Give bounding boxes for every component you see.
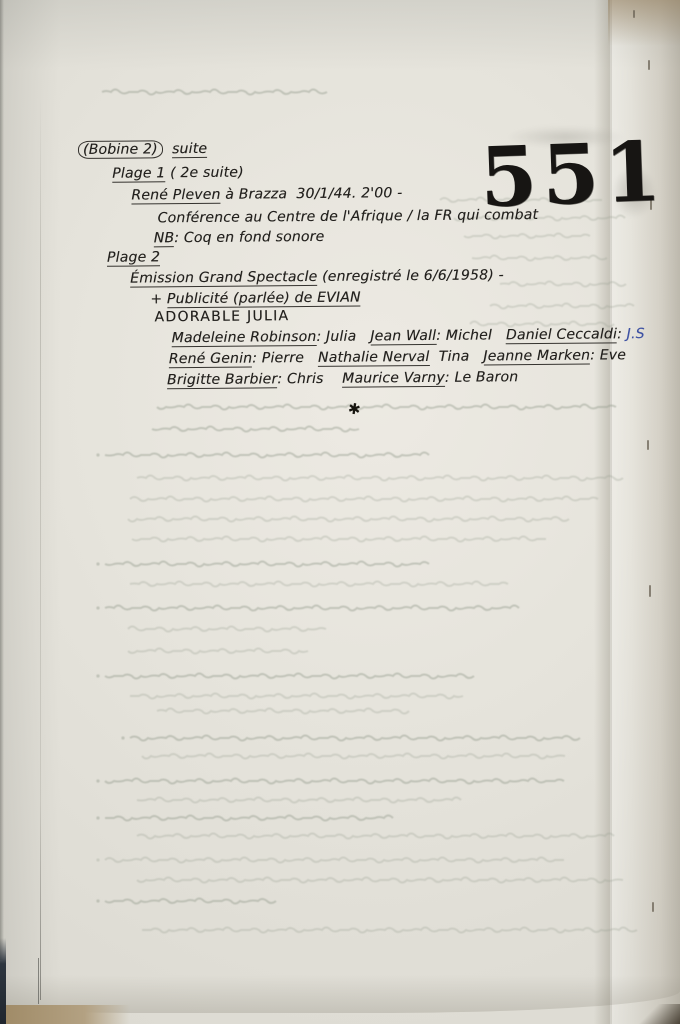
handwritten-text: + bbox=[150, 291, 167, 307]
handwritten-text: : Michel bbox=[436, 327, 506, 344]
handwritten-u-text: Émission Grand Spectacle bbox=[130, 269, 317, 288]
handwritten-u-text: Maurice Varny bbox=[342, 370, 445, 388]
handwritten-u-text: Plage 1 bbox=[112, 165, 165, 182]
handwritten-blue-text: J.S bbox=[627, 326, 645, 342]
handwritten-text: : Julia bbox=[316, 328, 370, 344]
handwritten-text: : Coq en fond sonore bbox=[174, 229, 324, 246]
handwritten-u-text: Madeleine Robinson bbox=[172, 329, 317, 347]
handwritten-line: ADORABLE JULIA bbox=[154, 307, 289, 326]
handwritten-u-text: suite bbox=[172, 141, 207, 158]
handwritten-caps-text: ADORABLE JULIA bbox=[154, 308, 289, 325]
star-mark: ✱ bbox=[347, 399, 362, 419]
handwritten-u-text: NB bbox=[154, 230, 175, 247]
handwritten-box-text: (Bobine 2) bbox=[78, 140, 163, 159]
handwritten-line: Conférence au Centre de l'Afrique / la F… bbox=[158, 206, 539, 227]
handwritten-line: Madeleine Robinson: Julia Jean Wall: Mic… bbox=[172, 325, 645, 347]
handwritten-text: à Brazza 30/1/44. 2'00 - bbox=[221, 185, 403, 203]
handwritten-u-text: René Pleven bbox=[131, 187, 220, 205]
handwritten-line: René Pleven à Brazza 30/1/44. 2'00 - bbox=[131, 184, 402, 204]
handwritten-line: Plage 1 ( 2e suite) bbox=[112, 164, 244, 183]
handwritten-line: + Publicité (parlée) de EVIAN bbox=[150, 289, 361, 309]
handwritten-text: ( 2e suite) bbox=[165, 165, 243, 182]
handwritten-u-text: Publicité (parlée) de EVIAN bbox=[167, 290, 361, 309]
handwritten-u-text: Nathalie Nerval bbox=[318, 349, 430, 367]
handwritten-line: Plage 2 bbox=[107, 248, 160, 266]
handwritten-u-text: Daniel Ceccaldi bbox=[506, 326, 617, 344]
handwritten-text: (enregistré le 6/6/1958) - bbox=[317, 267, 503, 285]
handwritten-u-text: René Genin bbox=[169, 351, 253, 369]
handwritten-text: : Le Baron bbox=[445, 369, 519, 386]
handwritten-line: Brigitte Barbier: Chris Maurice Varny: L… bbox=[167, 368, 518, 389]
handwritten-text: : Pierre bbox=[252, 350, 318, 367]
handwritten-u-text: Brigitte Barbier bbox=[167, 371, 278, 389]
handwritten-line: René Genin: Pierre Nathalie Nerval Tina … bbox=[169, 346, 626, 368]
handwritten-text: : bbox=[617, 326, 627, 342]
handwritten-text: Tina bbox=[429, 348, 483, 364]
handwritten-u-text: Jean Wall bbox=[370, 328, 436, 346]
handwritten-text: : Chris bbox=[277, 371, 342, 388]
handwritten-u-text: Jeanne Marken bbox=[483, 348, 590, 366]
handwritten-text bbox=[163, 141, 172, 157]
handwritten-line: NB: Coq en fond sonore bbox=[154, 228, 325, 247]
handwriting-block: (Bobine 2) suitePlage 1 ( 2e suite)René … bbox=[0, 0, 680, 1024]
handwritten-line: Émission Grand Spectacle (enregistré le … bbox=[130, 266, 504, 287]
handwritten-text: Conférence au Centre de l'Afrique / la F… bbox=[158, 207, 539, 226]
handwritten-u-text: Plage 2 bbox=[107, 249, 160, 266]
handwritten-line: (Bobine 2) suite bbox=[78, 140, 207, 159]
archive-page-photo: 551 (Bobine 2) suitePlage 1 ( 2e suite)R… bbox=[0, 0, 680, 1024]
handwritten-text: : Eve bbox=[590, 347, 626, 363]
